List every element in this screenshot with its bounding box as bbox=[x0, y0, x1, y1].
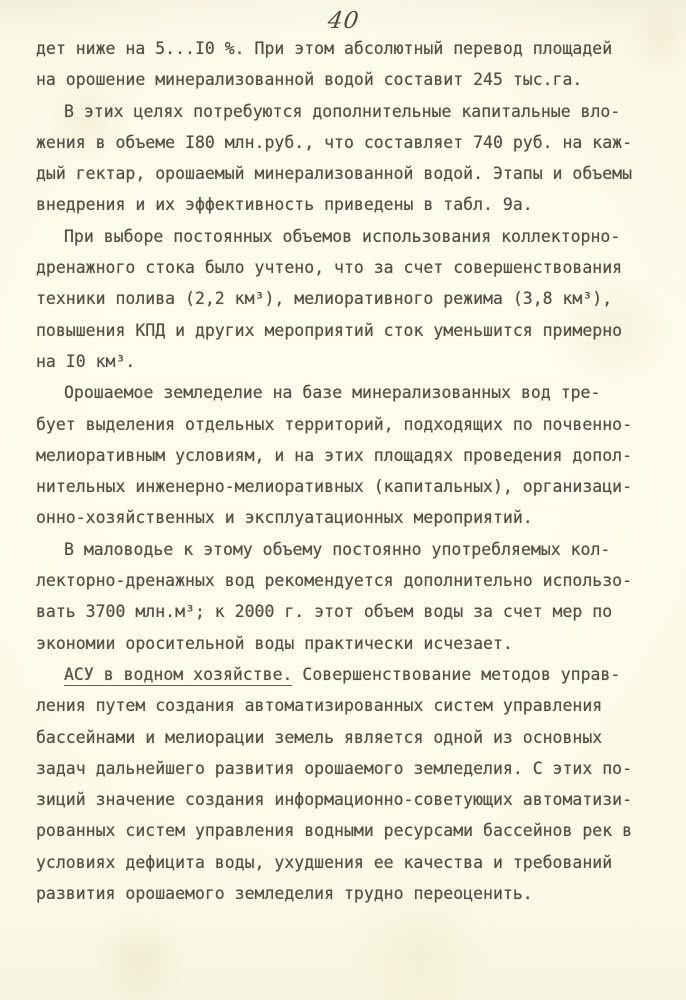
text-segment: При выборе постоянных объемов использова… bbox=[64, 227, 620, 246]
text-line: дый гектар, орошаемый минерализованной в… bbox=[36, 158, 650, 189]
text-line: зиций значение создания информационно-со… bbox=[36, 784, 650, 815]
text-line: бует выделения отдельных территорий, под… bbox=[36, 409, 650, 440]
text-line: лекторно-дренажных вод рекомендуется доп… bbox=[36, 565, 650, 596]
text-line: внедрения и их эффективность приведены в… bbox=[36, 189, 650, 220]
text-line: рованных систем управления водными ресур… bbox=[36, 815, 650, 846]
text-segment: жения в объеме I80 млн.руб., что составл… bbox=[36, 133, 632, 152]
text-segment: дренажного стока было учтено, что за сче… bbox=[36, 258, 622, 277]
text-segment: нительных инженерно-мелиоративных (капит… bbox=[36, 477, 632, 496]
text-segment: развития орошаемого земледелия трудно пе… bbox=[36, 884, 533, 903]
scanned-page: 40 дет ниже на 5...I0 %. При этом абсолю… bbox=[0, 0, 686, 1000]
text-line: ления путем создания автоматизированных … bbox=[36, 690, 650, 721]
text-line: дет ниже на 5...I0 %. При этом абсолютны… bbox=[36, 33, 650, 64]
text-segment: бассейнами и мелиорации земель является … bbox=[36, 728, 602, 747]
text-line: АСУ в водном хозяйстве. Совершенствовани… bbox=[36, 659, 650, 690]
text-segment: лекторно-дренажных вод рекомендуется доп… bbox=[36, 571, 632, 590]
text-segment: внедрения и их эффективность приведены в… bbox=[36, 195, 533, 214]
text-segment: Орошаемое земледелие на базе минерализов… bbox=[64, 383, 600, 402]
text-segment: ления путем создания автоматизированных … bbox=[36, 696, 602, 715]
text-line: жения в объеме I80 млн.руб., что составл… bbox=[36, 127, 650, 158]
text-line: Орошаемое земледелие на базе минерализов… bbox=[36, 377, 650, 408]
text-line: В маловодье к этому объему постоянно упо… bbox=[36, 534, 650, 565]
text-segment: условиях дефицита воды, ухудшения ее кач… bbox=[36, 853, 612, 872]
text-segment: мелиоративным условиям, и на этих площад… bbox=[36, 446, 632, 465]
text-segment: онно-хозяйственных и эксплуатационных ме… bbox=[36, 508, 533, 527]
text-line: онно-хозяйственных и эксплуатационных ме… bbox=[36, 502, 650, 533]
text-line: развития орошаемого земледелия трудно пе… bbox=[36, 878, 650, 909]
text-line: задач дальнейшего развития орошаемого зе… bbox=[36, 753, 650, 784]
text-segment: задач дальнейшего развития орошаемого зе… bbox=[36, 759, 632, 778]
text-line: вать 3700 млн.м³; к 2000 г. этот объем в… bbox=[36, 596, 650, 627]
text-segment: вать 3700 млн.м³; к 2000 г. этот объем в… bbox=[36, 602, 612, 621]
text-line: на I0 км³. bbox=[36, 346, 650, 377]
text-line: дренажного стока было учтено, что за сче… bbox=[36, 252, 650, 283]
text-segment: на I0 км³. bbox=[36, 352, 135, 371]
text-line: повышения КПД и других мероприятий сток … bbox=[36, 315, 650, 346]
text-line: мелиоративным условиям, и на этих площад… bbox=[36, 440, 650, 471]
text-line: на орошение минерализованной водой соста… bbox=[36, 64, 650, 95]
text-segment: рованных систем управления водными ресур… bbox=[36, 821, 632, 840]
text-segment: В маловодье к этому объему постоянно упо… bbox=[64, 540, 610, 559]
underlined-heading: АСУ в водном хозяйстве. bbox=[64, 665, 292, 686]
text-segment: В этих целях потребуются дополнительные … bbox=[64, 102, 620, 121]
text-line: экономии оросительной воды практически и… bbox=[36, 628, 650, 659]
page-number: 40 bbox=[326, 8, 361, 34]
text-line: бассейнами и мелиорации земель является … bbox=[36, 722, 650, 753]
text-segment: дый гектар, орошаемый минерализованной в… bbox=[36, 164, 632, 183]
text-segment: экономии оросительной воды практически и… bbox=[36, 634, 513, 653]
text-line: В этих целях потребуются дополнительные … bbox=[36, 96, 650, 127]
text-segment: повышения КПД и других мероприятий сток … bbox=[36, 321, 622, 340]
text-segment: зиций значение создания информационно-со… bbox=[36, 790, 632, 809]
text-line: При выборе постоянных объемов использова… bbox=[36, 221, 650, 252]
text-segment: дет ниже на 5...I0 %. При этом абсолютны… bbox=[36, 39, 612, 58]
text-line: техники полива (2,2 км³), мелиоративного… bbox=[36, 283, 650, 314]
document-text: дет ниже на 5...I0 %. При этом абсолютны… bbox=[36, 33, 650, 909]
text-segment: на орошение минерализованной водой соста… bbox=[36, 70, 582, 89]
text-line: нительных инженерно-мелиоративных (капит… bbox=[36, 471, 650, 502]
text-segment: техники полива (2,2 км³), мелиоративного… bbox=[36, 289, 612, 308]
text-line: условиях дефицита воды, ухудшения ее кач… bbox=[36, 847, 650, 878]
text-segment: Совершенствование методов управ- bbox=[292, 665, 620, 684]
text-segment: бует выделения отдельных территорий, под… bbox=[36, 415, 632, 434]
